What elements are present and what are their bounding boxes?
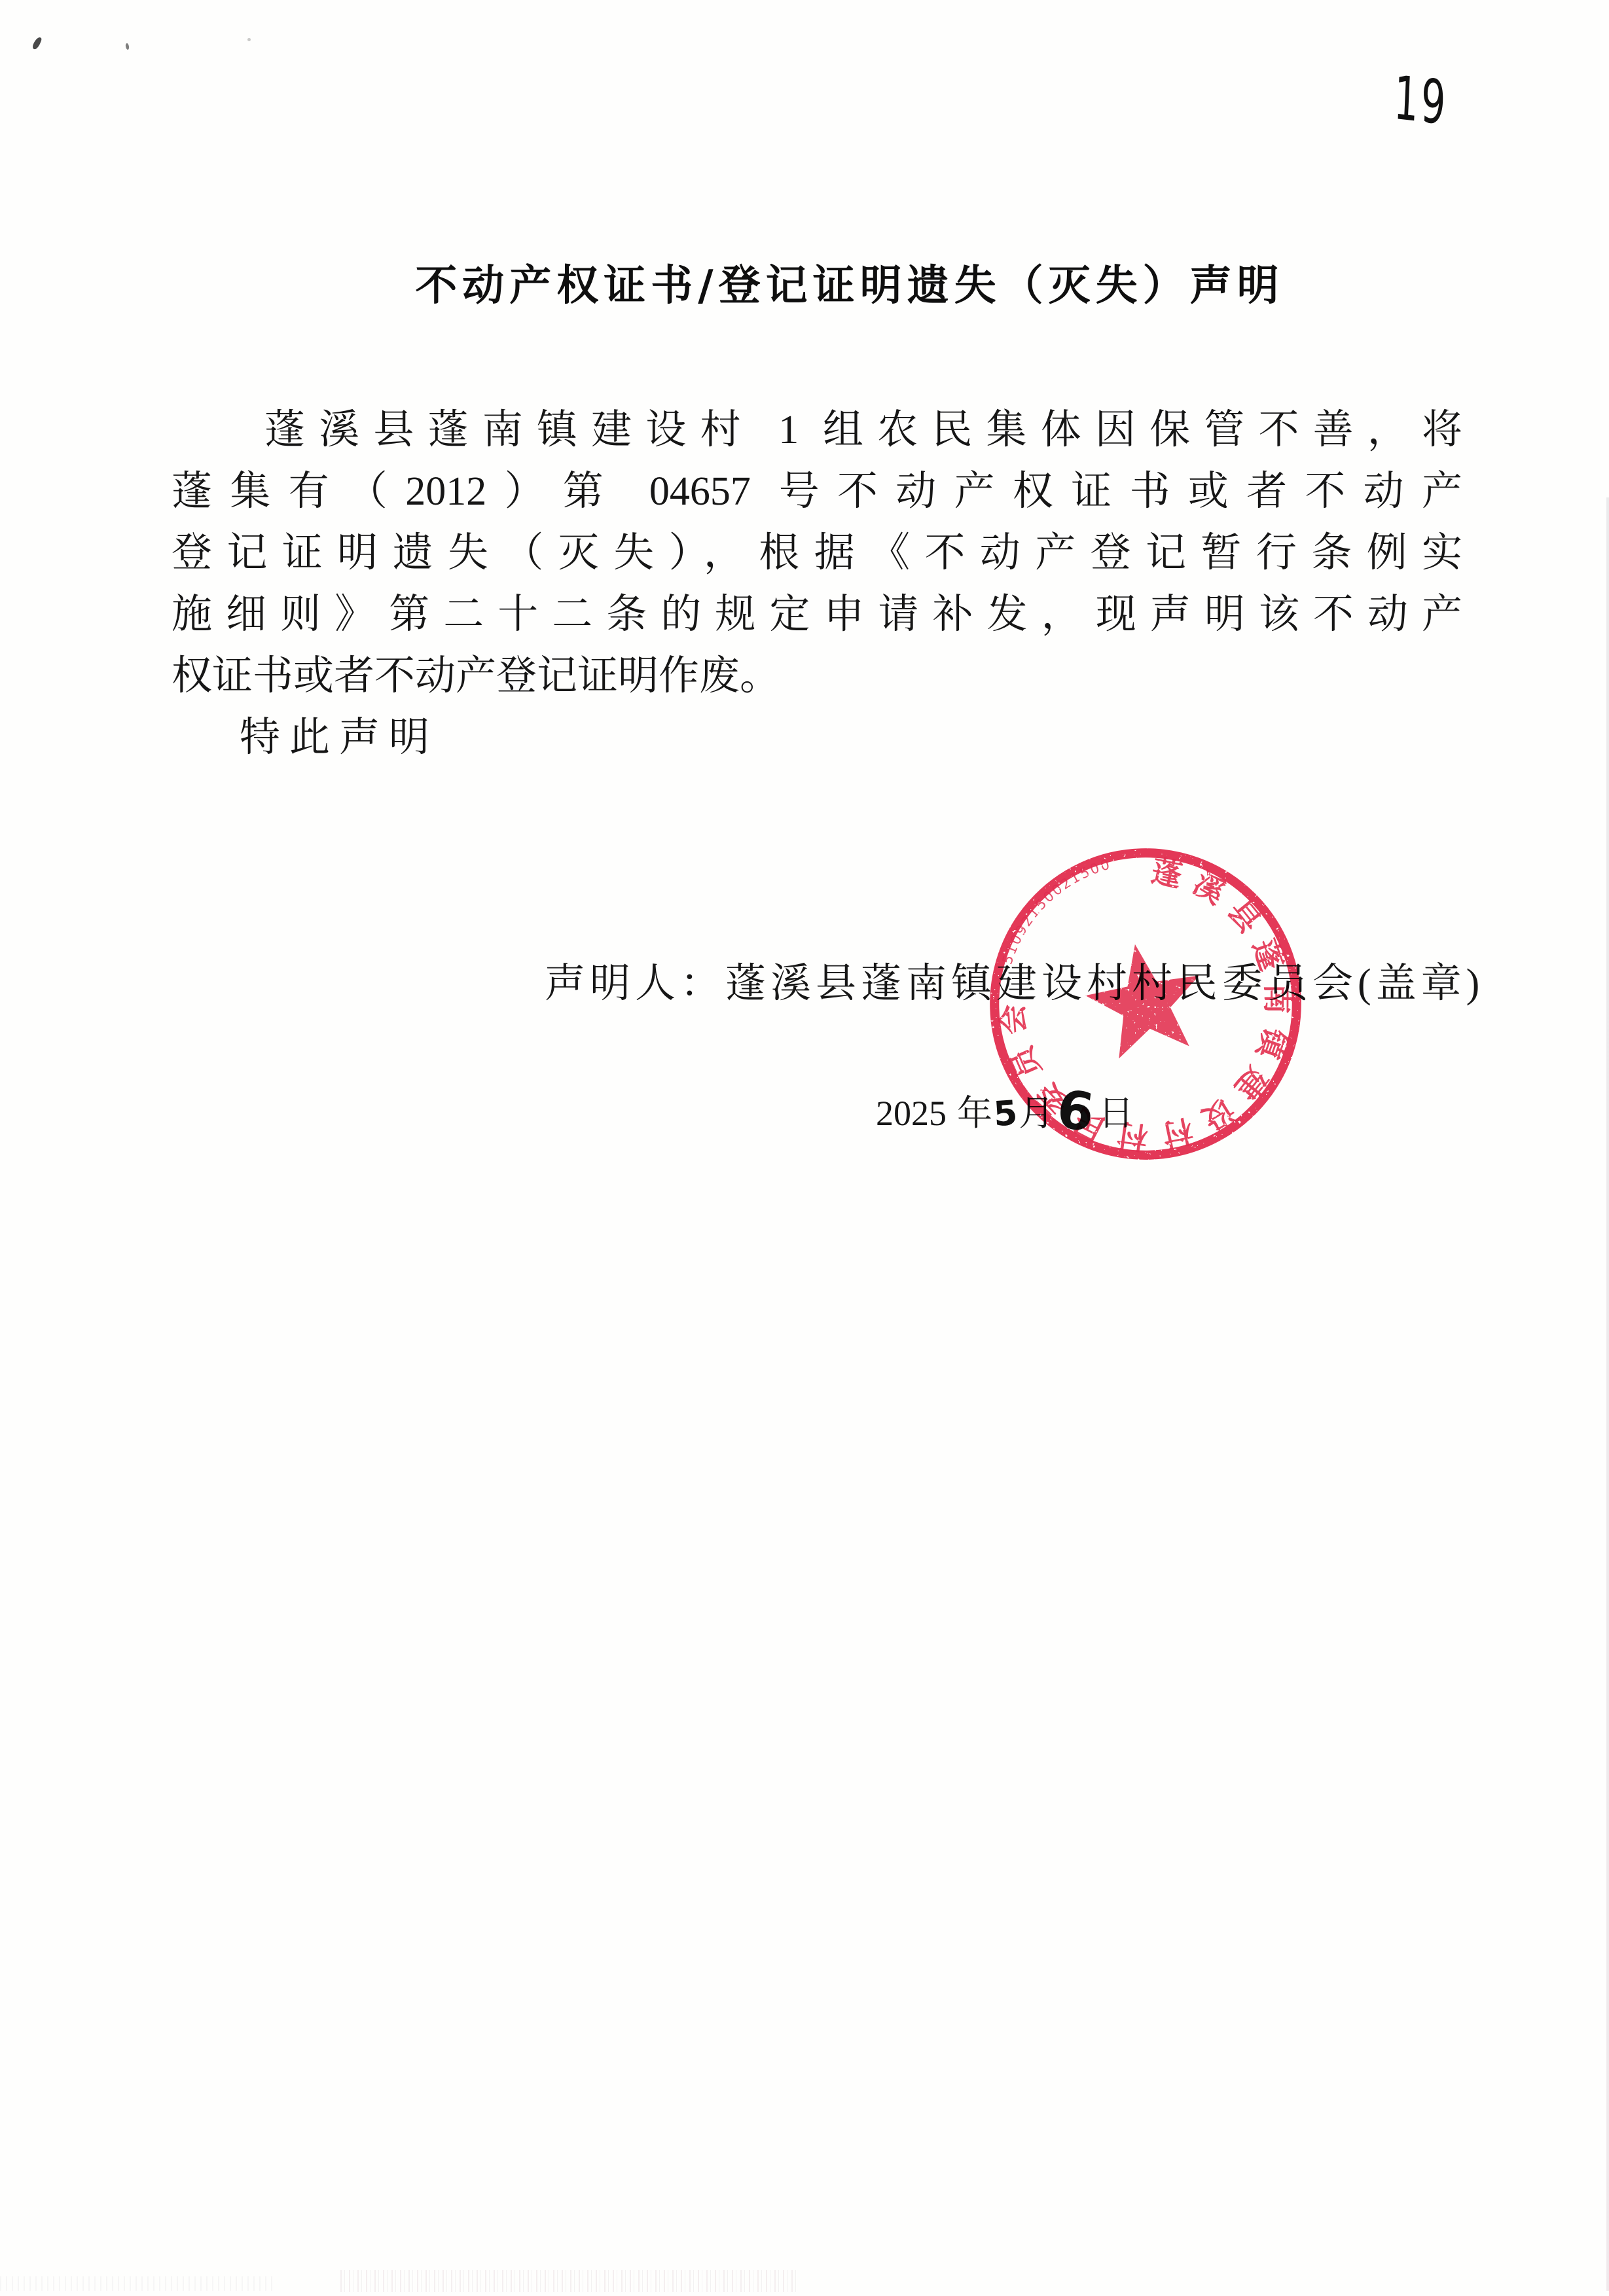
seal-star-icon [1078,934,1211,1062]
scan-edge-artifact [1606,497,1609,2291]
scanned-document-page: 19 不动产权证书/登记证明遗失（灭失）声明 蓬溪县蓬南镇建设村 1 组农民集体… [0,0,1609,2296]
scan-speck [247,38,251,41]
body-line-5: 权证书或者不动产登记证明作废。 [172,645,1462,707]
scan-noise-band [340,2270,799,2292]
body-paragraph: 蓬溪县蓬南镇建设村 1 组农民集体因保管不善，将 蓬集有（2012）第 0465… [172,399,1462,768]
body-line-3: 登记证明遗失（灭失），根据《不动产登记暂行条例实 [172,522,1462,584]
scan-speck [125,43,130,50]
handwritten-page-number: 19 [1392,63,1449,139]
scan-speck [31,36,42,50]
scan-noise-band [0,2276,275,2291]
body-line-4: 施细则》第二十二条的规定申请补发，现声明该不动产 [172,584,1462,645]
body-line-1: 蓬溪县蓬南镇建设村 1 组农民集体因保管不善，将 [172,399,1462,461]
body-line-2: 蓬集有（2012）第 04657 号不动产权证书或者不动产 [172,461,1462,522]
closing-line: 特此声明 [172,707,1462,768]
document-title: 不动产权证书/登记证明遗失（灭失）声明 [391,263,1308,309]
official-seal-stamp: 蓬溪县蓬南镇建设村村民委员会 5109215002150021 [974,833,1317,1175]
date-year: 2025 [876,1094,947,1133]
